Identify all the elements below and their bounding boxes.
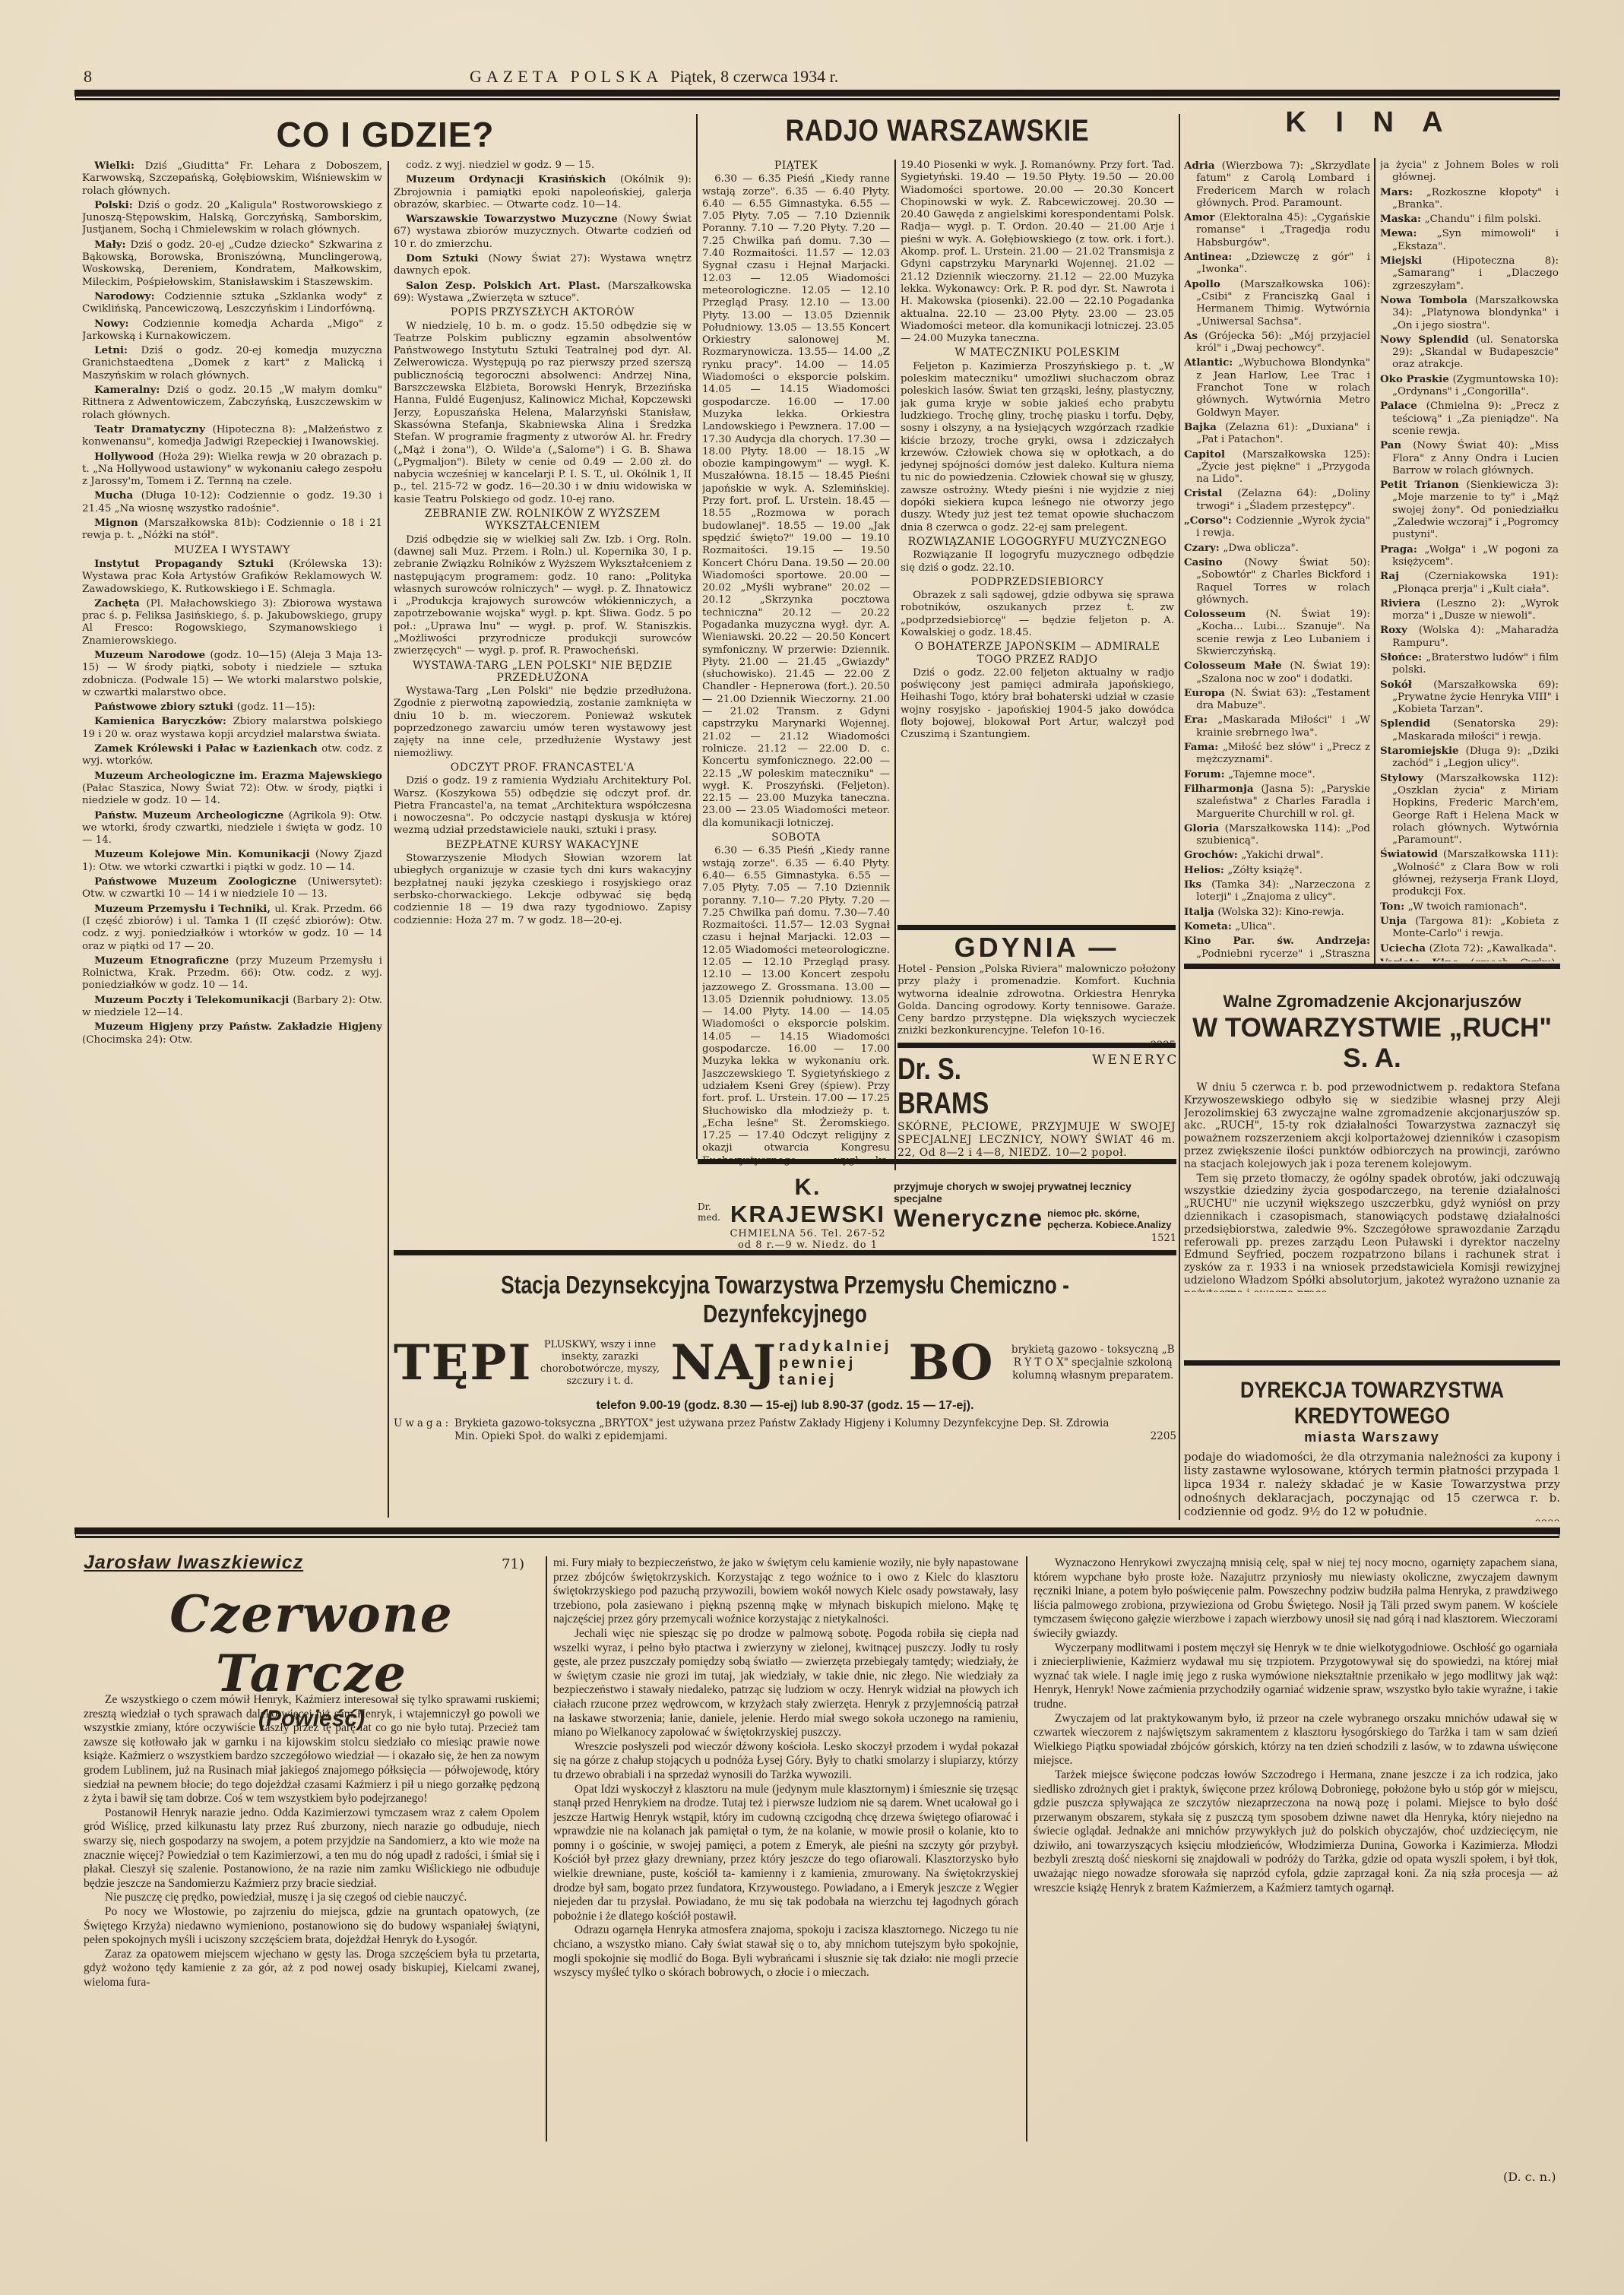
theatre-listing: Nowy: Codziennie komedja Acharda „Migo" …	[82, 318, 382, 343]
krajewski-text: przyjmuje chorych w swojej prywatnej lec…	[894, 1180, 1176, 1204]
co-i-gdzie-column-1: Wielki: Dziś „Giuditta" Fr. Lehara z Dob…	[82, 160, 382, 1520]
cinema-listing-name: Adria	[1184, 160, 1222, 172]
theatre-listing-name: Mignon	[94, 517, 144, 529]
serial-paragraph: Wreszcie posłyszeli pod wieczór dźwony k…	[553, 1740, 1018, 1783]
masthead-rule	[74, 90, 1560, 97]
cinema-listing: Grochów: „Yakichi drwal".	[1184, 849, 1370, 862]
column-divider	[1026, 1556, 1027, 2141]
cinema-listing-name: Riviera	[1380, 597, 1436, 609]
page-number: 8	[84, 67, 94, 87]
serial-paragraph: Opat Idzi wyskoczył z klasztoru na mule …	[553, 1783, 1018, 1924]
cinema-listing: „Corso": Codziennie „Wyrok życia" i rewj…	[1184, 514, 1370, 540]
museum-listing: Muzeum Poczty i Telekomunikacji (Barbary…	[82, 994, 382, 1020]
cinema-listing: Nowy Splendid (ul. Senatorska 29): „Skan…	[1380, 334, 1559, 372]
friday-schedule-continued: 19.40 Piosenki w wyk. J. Romanówny. Przy…	[901, 160, 1174, 345]
brams-text: SKÓRNE, PŁCIOWE, PRZYJMUJE W SWOJEJ SPEC…	[897, 1121, 1176, 1160]
ad-krajewski: Dr. med. K. KRAJEWSKI CHMIELNA 56. Tel. …	[698, 1159, 1176, 1254]
theatre-listing-name: Nowy:	[94, 318, 143, 330]
gdynia-title: GDYNIA —	[897, 932, 1176, 964]
museum-listing: Państwowe zbiory sztuki (godz. 11—15):	[82, 701, 382, 714]
logogryf-header: ROZWIĄZANIE LOGOGRYFU MUZYCZNEGO	[901, 536, 1174, 548]
theatre-listing: Mignon (Marszałkowska 81b): Codziennie o…	[82, 517, 382, 543]
cinema-listing: Uciecha (Złota 72): „Kawalkada".	[1380, 942, 1559, 955]
museum-listings: Instytut Propagandy Sztuki (Królewska 13…	[82, 558, 382, 1046]
cinema-listing-name: Palace	[1380, 400, 1426, 412]
cinema-listing-name: Roxy	[1380, 624, 1419, 636]
popis-text: W niedzielę, 10 b. m. o godz. 15.50 odbę…	[394, 321, 692, 506]
gdynia-text: Hotel - Pension „Polska Riviera" malowni…	[897, 964, 1176, 1038]
cinema-listing: Filharmonja (Jasna 5): „Paryskie szaleńs…	[1184, 783, 1370, 821]
popis-header: POPIS PRZYSZŁYCH AKTORÓW	[394, 306, 692, 318]
cinema-listing-name: Sokół	[1380, 679, 1433, 691]
kina-column-2: ja życia" z Johnem Boles w roli głównej.…	[1380, 160, 1559, 961]
museum-listing-name: Państw. Muzeum Archeologiczne	[94, 809, 289, 821]
museum-listing-name: Zamek Królewski i Pałac w Łazienkach	[94, 742, 321, 755]
tepi-big-word: TĘPI	[394, 1334, 532, 1391]
theatre-listing: Letni: Dziś o godz. 20-ej komedja muzycz…	[82, 344, 382, 382]
museum-listing: Muzeum Kolejowe Min. Komunikacji (Nowy Z…	[82, 848, 382, 874]
cinema-listing: Słońce: „Braterstwo ludów" i film polski…	[1380, 651, 1559, 677]
serial-paragraph: Tarżek miejsce święcone podczas łowów Sz…	[1034, 1768, 1558, 1895]
museum-listing: Muzeum Archeologiczne im. Erazma Majewsk…	[82, 770, 382, 808]
cinema-listing: Forum: „Tajemne moce".	[1184, 768, 1370, 781]
serial-column-3: Wyznaczono Henrykowi zwyczajną mnisią ce…	[1034, 1556, 1558, 2164]
kredyt-title: DYREKCJA TOWARZYSTWA KREDYTOWEGO	[1212, 1378, 1532, 1429]
theatre-listing-name: Letni:	[94, 344, 141, 356]
krajewski-specialty: Weneryczne	[894, 1204, 1043, 1233]
museum-listing: Państw. Muzeum Archeologiczne (Agrikola …	[82, 809, 382, 847]
museum-listing: Warszawskie Towarzystwo Muzyczne (Nowy Ś…	[394, 213, 692, 251]
ad-code: 2222	[1184, 1518, 1560, 1521]
museum-listing-name: Muzeum Poczty i Telekomunikacji	[94, 994, 293, 1006]
theatre-listing-name: Narodowy:	[94, 290, 164, 302]
cinema-listing-name: Nowa Tombola	[1380, 294, 1475, 306]
column-divider	[546, 1556, 547, 2141]
to-be-continued: (D. c. n.)	[1503, 2170, 1556, 2184]
cinema-listing: Stylowy (Marszałkowska 112): „Oszklan ży…	[1380, 772, 1559, 847]
cinema-listing-name: Apollo	[1184, 278, 1240, 290]
serial-column-1: Ze wszystkiego o czem mówił Henryk, Kaźm…	[84, 1693, 540, 2225]
adjective: pewniej	[779, 1355, 892, 1372]
museum-listing: Muzeum Przemysłu i Techniki, ul. Krak. P…	[82, 903, 382, 953]
podprzedsiebiorcy-header: PODPRZEDSIEBIORCY	[901, 576, 1174, 588]
theatre-listing-name: Wielki:	[94, 160, 145, 172]
section-title-kina: K I N A	[1179, 106, 1560, 139]
cinema-listing: Riviera (Leszno 2): „Wyrok morza" i „Dus…	[1380, 597, 1559, 623]
brams-specialty: WENERYCZNE,	[1092, 1053, 1176, 1068]
cinema-listing: Iks (Tamka 34): „Narzeczona z loterji" i…	[1184, 878, 1370, 904]
serial-paragraph: mi. Fury miały to bezpieczeństwo, że jak…	[553, 1556, 1018, 1627]
cinema-listing: Ton: „W twoich ramionach".	[1380, 901, 1559, 913]
cinema-listing-name: Maska:	[1380, 213, 1425, 225]
cinema-listing-name: Amor	[1184, 211, 1219, 223]
cinema-listing: Mars: „Rozkoszne kłopoty" i „Branka".	[1380, 186, 1559, 212]
cinema-listing-name: Grochów:	[1184, 849, 1241, 861]
cinema-listing-name: Atlantic:	[1184, 356, 1239, 369]
saturday-header: SOBOTA	[702, 831, 890, 844]
museum-listing: Państwowe Muzeum Zoologiczne (Uniwersyte…	[82, 875, 382, 901]
museum-listing: Zachęta (Pl. Małachowskiego 3): Zbiorowa…	[82, 597, 382, 647]
zebranie-header: ZEBRANIE ZW. ROLNIKÓW Z WYŻSZEM WYKSZTAŁ…	[394, 508, 692, 533]
cinema-listing: Praga: „Wołga" i „W pogoni za księżycem"…	[1380, 543, 1559, 569]
museum-listing: Kamienica Baryczków: Zbiory malarstwa po…	[82, 715, 382, 741]
cinema-listing-name: Era:	[1184, 714, 1217, 726]
cinema-listing-name: Raj	[1380, 570, 1424, 582]
cinema-listing: Amor (Elektoralna 45): „Cygańskie romans…	[1184, 211, 1370, 249]
column-divider	[1374, 158, 1375, 964]
cinema-listing: Nowa Tombola (Marszałkowska 34): „Platyn…	[1380, 294, 1559, 332]
tepi-header: Stacja Dezynsekcyjna Towarzystwa Przemys…	[472, 1271, 1098, 1328]
ruch-pre-title: Walne Zgromadzenie Akcjonarjuszów	[1184, 992, 1560, 1011]
theatre-listing-name: Mały:	[94, 239, 130, 251]
cinema-listing-name: Antinea:	[1184, 251, 1246, 263]
odczyt-text: Dziś o godz. 19 z ramienia Wydziału Arch…	[394, 775, 692, 837]
cinema-listing: Colosseum Małe (N. Świat 19): „Szalona n…	[1184, 660, 1370, 685]
cinema-listing: Petit Trianon (Sienkiewicza 3): „Moje ma…	[1380, 479, 1559, 541]
cinema-listing-name: „Corso":	[1184, 514, 1236, 527]
kursy-header: BEZPŁATNE KURSY WAKACYJNE	[394, 839, 692, 851]
cinema-listing: Pan (Nowy Świat 40): „Miss Flora" z Anny…	[1380, 439, 1559, 477]
cinema-listing: Kometa: „Ulica".	[1184, 920, 1370, 933]
museum-listing-name: Muzeum Przemysłu i Techniki,	[94, 903, 274, 915]
museum-listing-name: Muzeum Ordynacji Krasińskich	[406, 173, 620, 185]
notice-ruch: Walne Zgromadzenie Akcjonarjuszów W TOWA…	[1184, 964, 1560, 1292]
theatre-listing: Mucha (Długa 10-12): Codziennie o godz. …	[82, 489, 382, 515]
kina-column-1: Adria (Wierzbowa 7): „Skrzydlate fatum" …	[1184, 160, 1370, 961]
cinema-listing-name: Słońce:	[1380, 651, 1426, 663]
theatre-listing: Narodowy: Codziennie sztuka „Szklanka wo…	[82, 290, 382, 316]
cinema-listing: Maska: „Chandu" i film polski.	[1380, 213, 1559, 226]
museum-listing: Muzeum Narodowe (godz. 10—15) (Aleja 3 M…	[82, 649, 382, 699]
cinema-listing-name: Mewa:	[1380, 227, 1437, 239]
cinema-listing-name: Ton:	[1380, 901, 1408, 913]
theatre-listing-name: Polski:	[94, 199, 138, 211]
cinema-listing: Roxy (Wolska 4): „Maharadża Rampuru".	[1380, 624, 1559, 650]
theatre-listing: Teatr Dramatyczny (Hipoteczna 8): „Małże…	[82, 423, 382, 449]
cinema-listing-name: Czary:	[1184, 542, 1223, 554]
krajewski-address: CHMIELNA 56. Tel. 267-52 od 8 r.—9 w. Ni…	[728, 1228, 888, 1251]
museum-listing: Dom Sztuki (Nowy Świat 27): Wystawa wnęt…	[394, 252, 692, 278]
serial-column-2: mi. Fury miały to bezpieczeństwo, że jak…	[553, 1556, 1018, 2225]
cinema-listing-name: Mars:	[1380, 186, 1426, 198]
cinema-listing-name: Praga:	[1380, 543, 1424, 556]
note-label: Uwaga:	[394, 1417, 454, 1443]
cinema-listing-name: Colosseum Małe	[1184, 660, 1290, 672]
adjective: radykalniej	[779, 1338, 892, 1355]
togo-header: O BOHATERZE JAPOŃSKIM — ADMIRALE TOGO PR…	[901, 641, 1174, 666]
column-divider	[388, 161, 389, 1518]
cinema-listing: Palace (Chmielna 9): „Precz z teściową" …	[1380, 400, 1559, 438]
tepi-method: brykietą gazowo - toksyczną „B R Y T O X…	[1010, 1344, 1177, 1382]
column-divider	[696, 114, 698, 1159]
section-title-co-i-gdzie: CO I GDZIE?	[74, 114, 696, 155]
theatre-listings: Wielki: Dziś „Giuditta" Fr. Lehara z Dob…	[82, 160, 382, 543]
column-divider	[1179, 114, 1180, 1520]
kredyt-subtitle: miasta Warszawy	[1184, 1429, 1560, 1445]
cinema-listing-name: Nowy Splendid	[1380, 334, 1477, 346]
cinema-listing: ja życia" z Johnem Boles w roli głównej.	[1380, 160, 1559, 185]
cinema-listing: Colosseum (N. Świat 19): „Kocha... Lubi.…	[1184, 608, 1370, 658]
museum-listing: Muzeum Higjeny przy Państw. Zakładzie Hi…	[82, 1021, 382, 1046]
museums-header: MUZEA I WYSTAWY	[82, 544, 382, 556]
cinema-listing: Kino Par. św. Andrzeja: „Podniebni rycer…	[1184, 935, 1370, 961]
museum-listing: Muzeum Ordynacji Krasińskich (Okólnik 9)…	[394, 173, 692, 211]
kredyt-text: podaje do wiadomości, że dla otrzymania …	[1184, 1450, 1560, 1518]
cinema-listing: As (Grójecka 56): „Mój przyjaciel król" …	[1184, 330, 1370, 356]
cinema-listing: Unja (Targowa 81): „Kobieta z Monte-Carl…	[1380, 915, 1559, 941]
theatre-listing: Wielki: Dziś „Giuditta" Fr. Lehara z Dob…	[82, 160, 382, 198]
cinema-listing-name: Unja	[1380, 915, 1415, 927]
friday-schedule: 6.30 — 6.35 Pieśń „Kiedy ranne wstają zo…	[702, 173, 890, 830]
folio: 8 GAZETA POLSKAPiątek, 8 czerwca 1934 r.	[74, 67, 1560, 90]
tepi-pests: PLUSKWY, wszy i inne insekty, zarazki ch…	[540, 1339, 660, 1388]
cinema-listing-name: Uciecha	[1380, 942, 1429, 954]
cinema-listing-name: Forum:	[1184, 768, 1228, 780]
serial-paragraph: Jechali więc nie spiesząc się po drodze …	[553, 1627, 1018, 1740]
adjective: taniej	[779, 1372, 892, 1388]
ad-gdynia: GDYNIA — Hotel - Pension „Polska Riviera…	[897, 925, 1176, 1044]
serial-paragraph: Wyczerpany modlitwami i postem męczył si…	[1034, 1641, 1558, 1712]
cinema-listing-name: Kometa:	[1184, 920, 1235, 932]
museum-listing-name: Państwowe Muzeum Zoologiczne	[94, 875, 308, 888]
cinema-listing: Casino (Nowy Świat 50): „Sobowtór" z Cha…	[1184, 556, 1370, 606]
ruch-paragraph: Tem się przeto tłomaczy, że ogólny spade…	[1184, 1173, 1560, 1292]
targ-text: Wystawa-Targ „Len Polski" nie będzie prz…	[394, 685, 692, 760]
togo-text: Dziś o godz. 22.00 feljeton aktualny w r…	[901, 667, 1174, 742]
kursy-text: Stowarzyszenie Młodych Słowian wzorem la…	[394, 853, 692, 927]
cinema-listing-name: Kino Par. św. Andrzeja:	[1184, 935, 1370, 947]
friday-header: PIĄTEK	[702, 160, 890, 172]
cinema-listing: Splendid (Senatorska 29): „Maskarada mił…	[1380, 717, 1559, 743]
museum-listing-name: Muzeum Narodowe	[94, 649, 210, 661]
cinema-listing: Mewa: „Syn mimowoli" i „Ekstaza".	[1380, 227, 1559, 253]
krajewski-name: K. KRAJEWSKI	[728, 1173, 888, 1228]
bo-big-word: BO	[908, 1334, 992, 1391]
museum-listings-continued: codz. z wyj. niedziel w godz. 9 — 15.Muz…	[394, 160, 692, 305]
cinema-listing: Staromiejskie (Długa 9): „Dziki zachód" …	[1380, 745, 1559, 771]
cinema-listing-name: Splendid	[1380, 717, 1454, 730]
museum-listing-name: Zachęta	[94, 597, 146, 609]
cinema-listing: Oko Praskie (Zygmuntowska 10): „Ordynans…	[1380, 373, 1559, 399]
adjectives-list: radykalniejpewniejtaniej	[779, 1338, 892, 1388]
cinema-listing-name: Capitol	[1184, 448, 1243, 461]
cinema-listing-name: Fama:	[1184, 741, 1223, 753]
cinema-listing: Miejski (Hipoteczna 8): „Samarang" i „Dl…	[1380, 255, 1559, 293]
serial-paragraph: Odrazu ogarnęła Henryka atmosfera znajom…	[553, 1923, 1018, 1980]
serial-paragraph: Ze wszystkiego o czem mówił Henryk, Kaźm…	[84, 1693, 540, 1806]
cinema-listing: Sokół (Marszałkowska 69): „Prywatne życi…	[1380, 679, 1559, 717]
tepi-phones: telefon 9.00-19 (godz. 8.30 — 15-ej) lub…	[394, 1398, 1176, 1413]
ad-code: 1521	[894, 1233, 1176, 1244]
museum-listing: codz. z wyj. niedziel w godz. 9 — 15.	[394, 160, 692, 172]
ruch-paragraph: W dniu 5 czerwca r. b. pod przewodnictwe…	[1184, 1081, 1560, 1171]
theatre-listing: Hollywood (Hoża 29): Wielka rewja w 20 o…	[82, 451, 382, 489]
radio-column-1: PIĄTEK 6.30 — 6.35 Pieśń „Kiedy ranne ws…	[702, 160, 890, 1166]
museum-listing-name: Muzeum Higjeny przy Państw. Zakładzie Hi…	[94, 1021, 382, 1033]
cinema-listing-name: Europa	[1184, 687, 1230, 699]
naj-big-word: NAJ	[671, 1334, 776, 1391]
targ-header: WYSTAWA-TARG „LEN POLSKI" NIE BĘDZIE PRZ…	[394, 660, 692, 685]
issue-date: Piątek, 8 czerwca 1934 r.	[670, 67, 838, 86]
theatre-listing-name: Mucha	[94, 489, 141, 502]
ad-tepi: Stacja Dezynsekcyjna Towarzystwa Przemys…	[394, 1250, 1176, 1525]
matecznik-header: W MATECZNIKU POLESKIM	[901, 347, 1174, 359]
cinema-listing: Adria (Wierzbowa 7): „Skrzydlate fatum" …	[1184, 160, 1370, 210]
museum-listing-name: Muzeum Etnograficzne	[94, 954, 236, 967]
podprzedsiebiorcy-text: Obrazek z sali sądowej, gdzie odbywa się…	[901, 590, 1174, 639]
cinema-listing: Era: „Maskarada Miłości" i „W krainie sr…	[1184, 714, 1370, 739]
serial-paragraph: Nie puszczę cię prędko, powiedział, musz…	[84, 1891, 540, 1905]
tepi-note: Brykieta gazowo-toksyczna „BRYTOX" jest …	[454, 1417, 1131, 1443]
cinema-listing-name: Światowid	[1380, 848, 1443, 860]
serial-paragraph: Po nocy we Włostowie, po zajrzeniu do mi…	[84, 1905, 540, 1948]
serial-paragraph: Zaraz za opatowem miejscem wjechano w gę…	[84, 1948, 540, 1990]
cinema-listing: Gloria (Marszałkowska 114): „Pod szubien…	[1184, 822, 1370, 848]
museum-listing: Instytut Propagandy Sztuki (Królewska 13…	[82, 558, 382, 596]
cinema-listing-name: Casino	[1184, 556, 1244, 568]
ad-code: 2205	[1131, 1430, 1176, 1443]
serial-author: Jarosław Iwaszkiewicz	[84, 1552, 303, 1574]
cinema-listing: Cristal (Zelazna 64): „Doliny trwogi" i …	[1184, 487, 1370, 513]
cinema-listing-name: Italja	[1184, 906, 1217, 918]
cinema-listing-name: Colosseum	[1184, 608, 1266, 620]
museum-listing: Salon Zesp. Polskich Art. Plast. (Marsza…	[394, 280, 692, 305]
museum-listing-name: Dom Sztuki	[406, 252, 488, 264]
museum-listing-name: Kamienica Baryczków:	[94, 715, 233, 727]
cinema-listing: Bajka (Zelazna 61): „Duxiana" i „Pat i P…	[1184, 421, 1370, 447]
museum-listing: Zamek Królewski i Pałac w Łazienkach otw…	[82, 742, 382, 768]
cinema-listing: Apollo (Marszałkowska 106): „Csibi" z Fr…	[1184, 278, 1370, 328]
cinema-listing: Italja (Wolska 32): Kino-rewja.	[1184, 906, 1370, 919]
krajewski-prefix: Dr. med.	[698, 1201, 728, 1223]
cinema-listing: Fama: „Miłość bez słów" i „Precz z mężcz…	[1184, 741, 1370, 767]
odczyt-header: ODCZYT PROF. FRANCASTEL'A	[394, 761, 692, 774]
column-divider	[894, 160, 896, 1170]
museum-listing-name: Państwowe zbiory sztuki	[94, 701, 237, 713]
cinema-listing-name: Helios:	[1184, 864, 1227, 876]
museum-listing-name: Warszawskie Towarzystwo Muzyczne	[406, 213, 623, 225]
theatre-listing-name: Teatr Dramatyczny	[94, 423, 212, 435]
cinema-listing-name: Petit Trianon	[1380, 479, 1467, 491]
theatre-listing-name: Hollywood	[94, 451, 158, 463]
saturday-schedule: 6.30 — 6.35 Pieśń „Kiedy ranne wstają zo…	[702, 845, 890, 1166]
newspaper-page: 8 GAZETA POLSKAPiątek, 8 czerwca 1934 r.…	[74, 0, 1560, 2295]
krajewski-services: niemoc płc. skórne, pęcherza. Kobiece.An…	[1047, 1208, 1176, 1230]
cinema-listing-name: Variete Kino	[1380, 957, 1470, 961]
cinema-listing: Helios: „Zółty książę".	[1184, 864, 1370, 877]
brams-name: Dr. S. BRAMS	[897, 1053, 1057, 1121]
cinema-listing: Capitol (Marszałkowska 125): „Życie jest…	[1184, 448, 1370, 486]
museum-listing-name: Muzeum Kolejowe Min. Komunikacji	[94, 848, 315, 860]
cinema-listing-name: Miejski	[1380, 255, 1452, 267]
matecznik-text: Feljeton p. Kazimierza Proszyńskiego p. …	[901, 361, 1174, 534]
serial-paragraph: Postanowił Henryk narazie jedno. Odda Ka…	[84, 1806, 540, 1891]
cinema-listing-name: Oko Praskie	[1380, 373, 1452, 385]
cinema-listing-name: Staromiejskie	[1380, 745, 1466, 757]
ad-brams: Dr. S. BRAMS WENERYCZNE, SKÓRNE, PŁCIOWE…	[897, 1043, 1176, 1162]
paper-name: GAZETA POLSKAPiątek, 8 czerwca 1934 r.	[470, 67, 838, 87]
theatre-listing: Mały: Dziś o godz. 20-ej „Cudze dziecko"…	[82, 239, 382, 289]
museum-listing: Muzeum Etnograficzne (przy Muzeum Przemy…	[82, 954, 382, 992]
cinema-listing: Raj (Czerniakowska 191): „Płonąca prerja…	[1380, 570, 1559, 596]
museum-listing-name: Muzeum Archeologiczne im. Erazma Majewsk…	[94, 770, 382, 782]
cinema-listing: Antinea: „Dziewczę z gór" i „Iwonka".	[1184, 251, 1370, 277]
serial-rule	[74, 1527, 1560, 1534]
serial-paragraph: Zwyczajem od lat praktykowanym było, iż …	[1034, 1712, 1558, 1768]
cinema-listing-name: Gloria	[1184, 822, 1225, 834]
theatre-listing: Polski: Dziś o godz. 20 „Kaligula" Rostw…	[82, 199, 382, 237]
cinema-listing-name: Pan	[1380, 439, 1413, 451]
cinema-listing-name: Bajka	[1184, 421, 1225, 433]
museum-listing-name: Instytut Propagandy Sztuki	[94, 558, 289, 570]
theatre-listing-name: Kameralny:	[94, 384, 167, 396]
cinema-listing-name: Cristal	[1184, 487, 1237, 499]
section-title-radio: RADJO WARSZAWSKIE	[733, 114, 1143, 148]
cinema-listing: Atlantic: „Wybuchowa Blondynka" z Jean H…	[1184, 356, 1370, 419]
cinema-listing-name: Iks	[1184, 878, 1211, 891]
logogryf-text: Rozwiązanie II logogryfu muzycznego odbę…	[901, 549, 1174, 575]
cinema-listing-name: Stylowy	[1380, 772, 1436, 784]
ruch-title: W TOWARZYSTWIE „RUCH" S. A.	[1184, 1013, 1560, 1074]
cinema-listing: Światowid (Marszałkowska 111): „Wolność"…	[1380, 848, 1559, 898]
radio-column-2: 19.40 Piosenki w wyk. J. Romanówny. Przy…	[901, 160, 1174, 1007]
zebranie-text: Dziś odbędzie się w wielkiej sali Zw. Iz…	[394, 534, 692, 658]
cinema-listing: Europa (N. Świat 63): „Testament dra Mab…	[1184, 687, 1370, 713]
notice-kredyt: DYREKCJA TOWARZYSTWA KREDYTOWEGO miasta …	[1184, 1360, 1560, 1521]
serial-paragraph: Wyznaczono Henrykowi zwyczajną mnisią ce…	[1034, 1556, 1558, 1641]
cinema-listing: Czary: „Dwa oblicza".	[1184, 542, 1370, 555]
cinema-listing-name: Filharmonja	[1184, 783, 1261, 795]
cinema-listing-name: As	[1184, 330, 1205, 342]
cinema-listing: Variete Kino (gmach Cyrku): „Buntownicy"…	[1380, 957, 1559, 961]
museum-listing-name: Salon Zesp. Polskich Art. Plast.	[406, 280, 608, 292]
installment-number: 71)	[502, 1556, 524, 1572]
serial-title: Czerwone Tarcze	[84, 1584, 540, 1703]
theatre-listing: Kameralny: Dziś o godz. 20.15 „W małym d…	[82, 384, 382, 422]
